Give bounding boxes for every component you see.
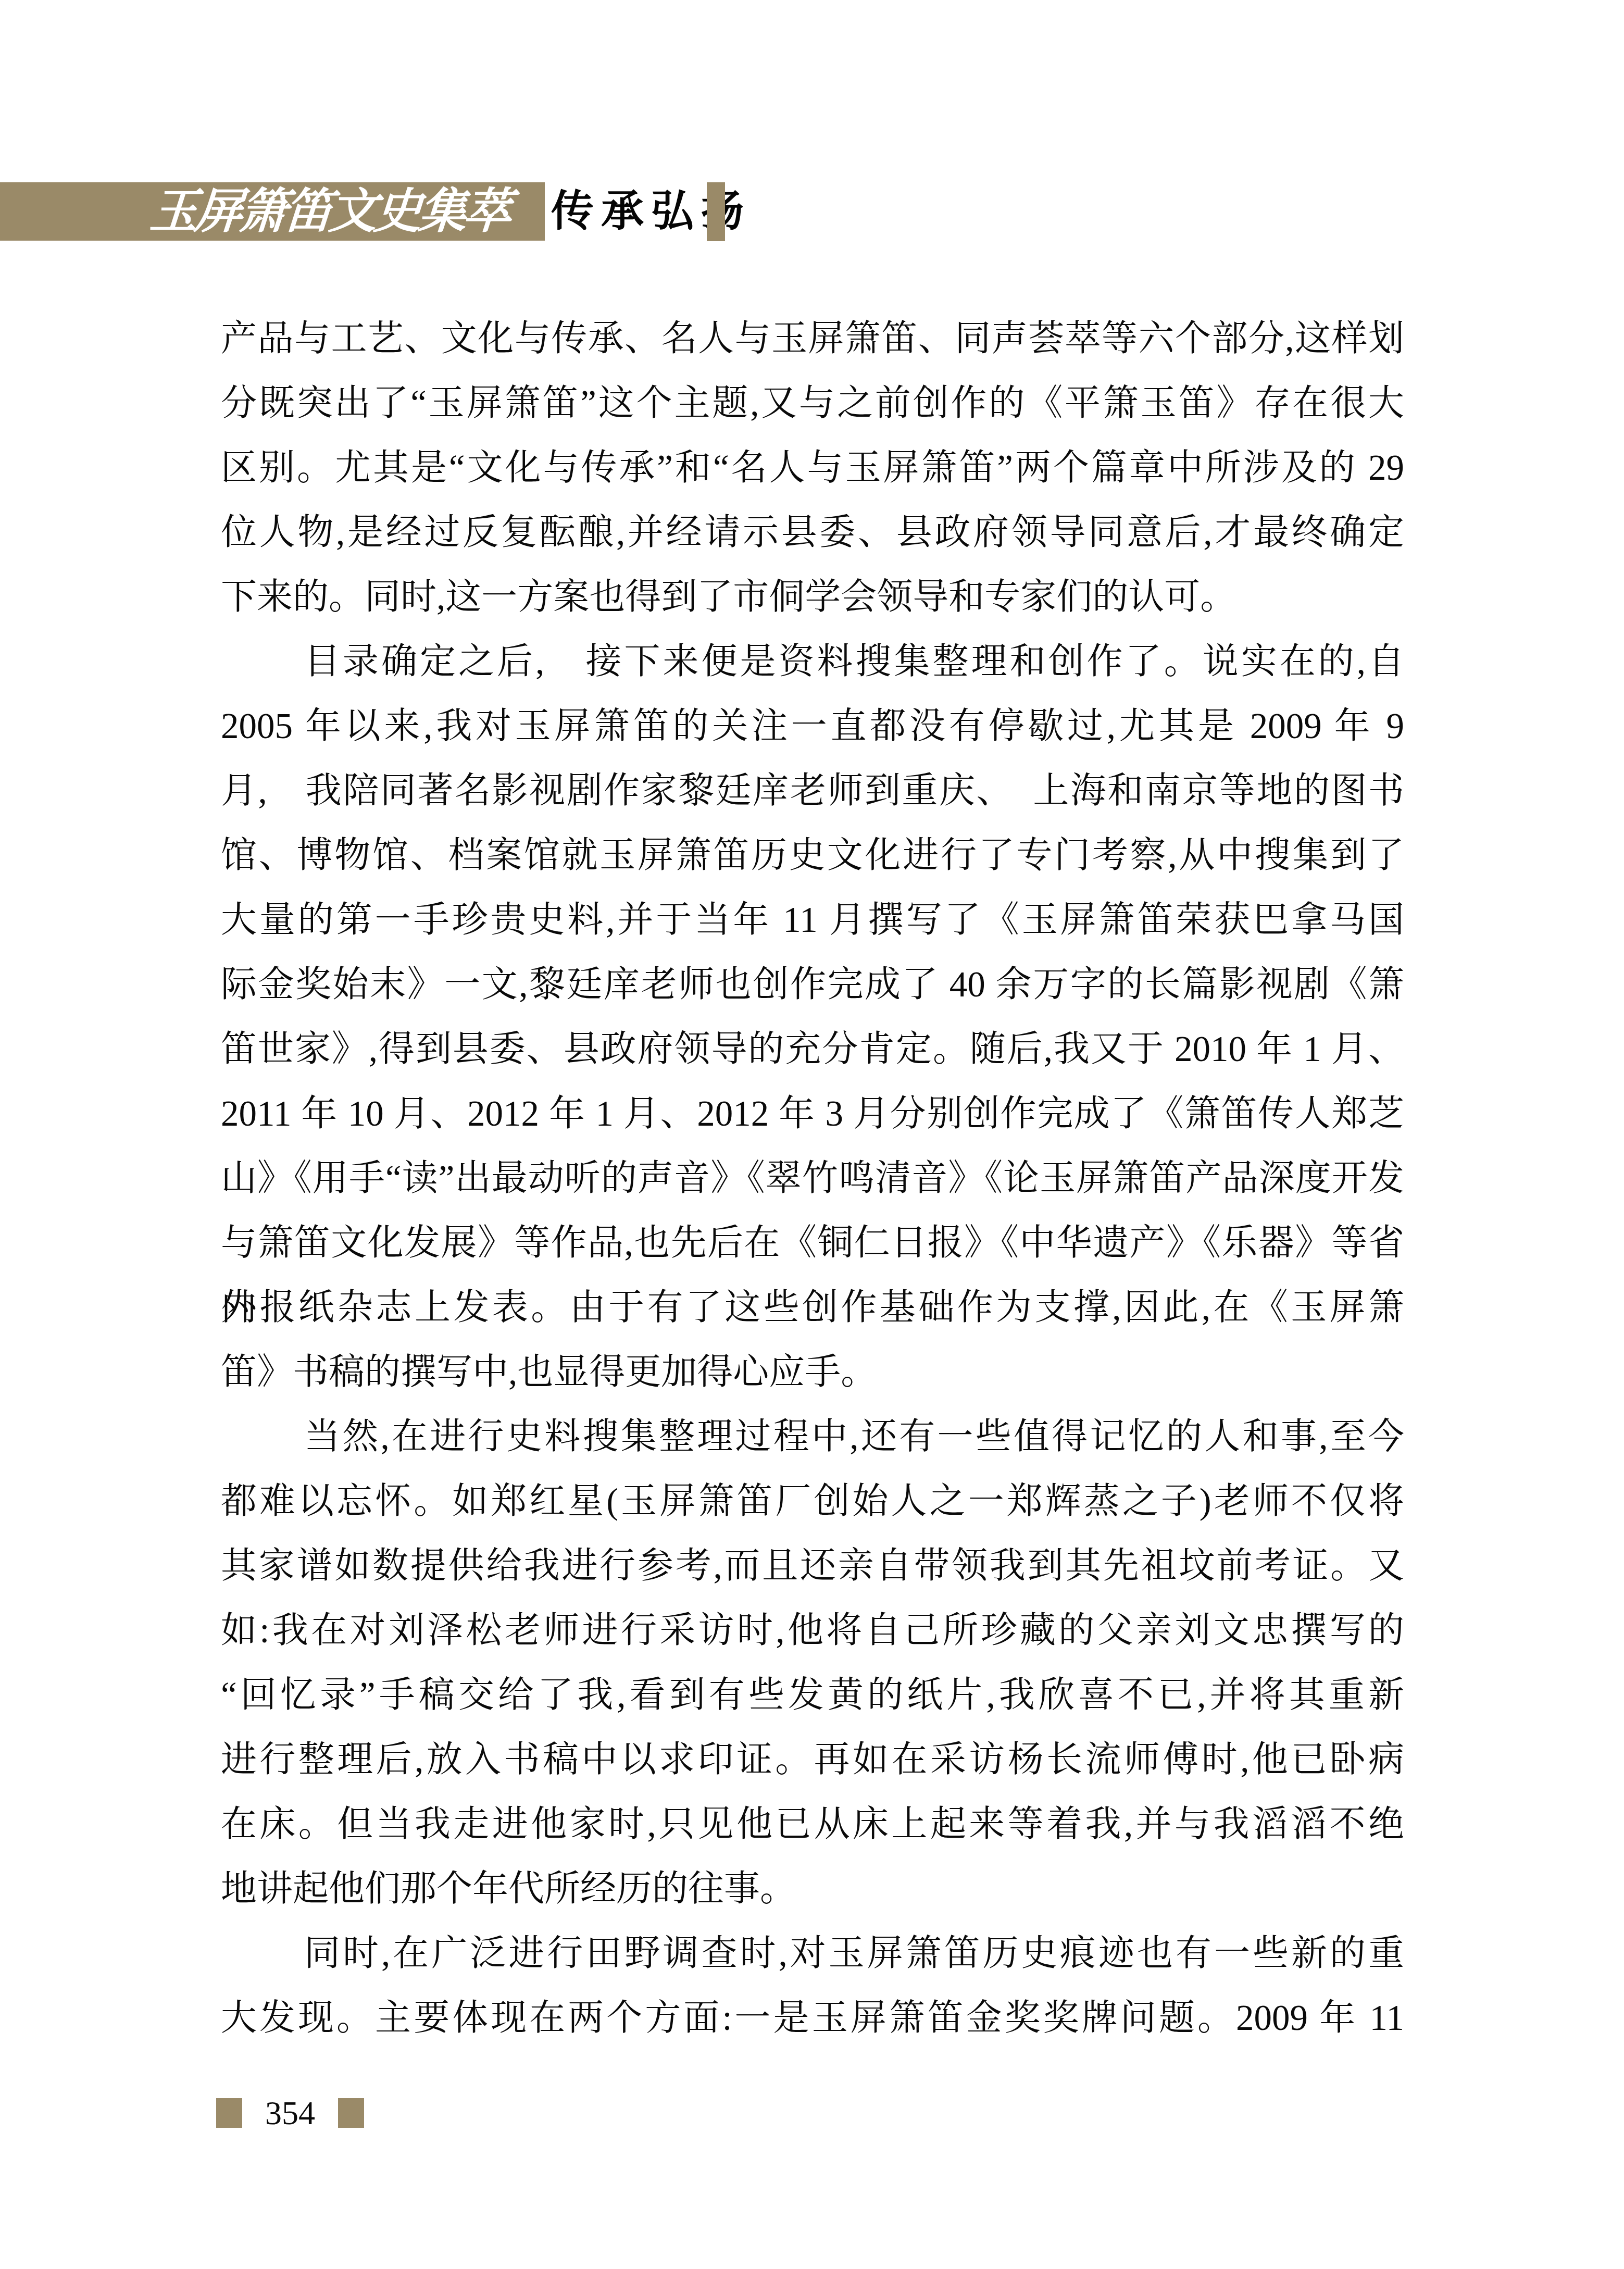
text-line: 在床。但当我走进他家时,只见他已从床上起来等着我,并与我滔滔不绝	[221, 1792, 1404, 1856]
text-line: 2011 年 10 月、2012 年 1 月、2012 年 3 月分别创作完成了…	[221, 1081, 1404, 1146]
text-line: 同时,在广泛进行田野调查时,对玉屏箫笛历史痕迹也有一些新的重	[221, 1921, 1404, 1986]
text-line: 外报纸杂志上发表。由于有了这些创作基础作为支撑,因此,在《玉屏箫	[221, 1275, 1404, 1340]
text-line: 当然,在进行史料搜集整理过程中,还有一些值得记忆的人和事,至今	[221, 1404, 1404, 1469]
header-accent-block	[707, 182, 725, 241]
page-number: 354	[242, 2098, 338, 2128]
text-line: 分既突出了“玉屏箫笛”这个主题,又与之前创作的《平箫玉笛》存在很大	[221, 371, 1404, 435]
book-title-calligraphy: 玉屏箫笛文史集萃	[148, 188, 510, 235]
text-line: 进行整理后,放入书稿中以求印证。再如在采访杨长流师傅时,他已卧病	[221, 1727, 1404, 1792]
text-line: 2005 年以来,我对玉屏箫笛的关注一直都没有停歇过,尤其是 2009 年 9	[221, 694, 1404, 758]
text-line: 笛世家》,得到县委、县政府领导的充分肯定。随后,我又于 2010 年 1 月、	[221, 1017, 1404, 1081]
text-line: 如:我在对刘泽松老师进行采访时,他将自己所珍藏的父亲刘文忠撰写的	[221, 1598, 1404, 1663]
header-banner: 玉屏箫笛文史集萃	[0, 182, 545, 241]
text-line: 其家谱如数提供给我进行参考,而且还亲自带领我到其先祖坟前考证。又	[221, 1534, 1404, 1598]
book-page: 玉屏箫笛文史集萃 传承弘扬 产品与工艺、文化与传承、名人与玉屏箫笛、同声荟萃等六…	[0, 0, 1624, 2269]
text-line: 山》《用手“读”出最动听的声音》《翠竹鸣清音》《论玉屏箫笛产品深度开发	[221, 1146, 1404, 1211]
text-line: 大量的第一手珍贵史料,并于当年 11 月撰写了《玉屏箫笛荣获巴拿马国	[221, 888, 1404, 952]
text-line: 位人物,是经过反复酝酿,并经请示县委、县政府领导同意后,才最终确定	[221, 500, 1404, 565]
text-line: 产品与工艺、文化与传承、名人与玉屏箫笛、同声荟萃等六个部分,这样划	[221, 306, 1404, 371]
footer-left-marker	[216, 2098, 242, 2128]
text-line: 区别。尤其是“文化与传承”和“名人与玉屏箫笛”两个篇章中所涉及的 29	[221, 435, 1404, 500]
page-footer: 354	[216, 2098, 364, 2128]
text-line: 大发现。主要体现在两个方面:一是玉屏箫笛金奖奖牌问题。2009 年 11	[221, 1986, 1404, 2050]
body-text: 产品与工艺、文化与传承、名人与玉屏箫笛、同声荟萃等六个部分,这样划分既突出了“玉…	[221, 306, 1404, 2050]
text-line: 都难以忘怀。如郑红星(玉屏箫笛厂创始人之一郑辉蒸之子)老师不仅将	[221, 1469, 1404, 1534]
footer-right-marker	[338, 2098, 364, 2128]
text-line: 地讲起他们那个年代所经历的往事。	[221, 1856, 1404, 1921]
text-line: 笛》书稿的撰写中,也显得更加得心应手。	[221, 1340, 1404, 1404]
text-line: 际金奖始末》一文,黎廷庠老师也创作完成了 40 余万字的长篇影视剧《箫	[221, 952, 1404, 1017]
text-line: 目录确定之后, 接下来便是资料搜集整理和创作了。说实在的,自	[221, 629, 1404, 694]
text-line: 月, 我陪同著名影视剧作家黎廷庠老师到重庆、 上海和南京等地的图书	[221, 758, 1404, 823]
text-line: 与箫笛文化发展》等作品,也先后在《铜仁日报》《中华遗产》《乐器》等省内	[221, 1211, 1404, 1275]
text-line: “回忆录”手稿交给了我,看到有些发黄的纸片,我欣喜不已,并将其重新	[221, 1663, 1404, 1727]
text-line: 馆、博物馆、档案馆就玉屏箫笛历史文化进行了专门考察,从中搜集到了	[221, 823, 1404, 888]
text-line: 下来的。同时,这一方案也得到了市侗学会领导和专家们的认可。	[221, 565, 1404, 629]
